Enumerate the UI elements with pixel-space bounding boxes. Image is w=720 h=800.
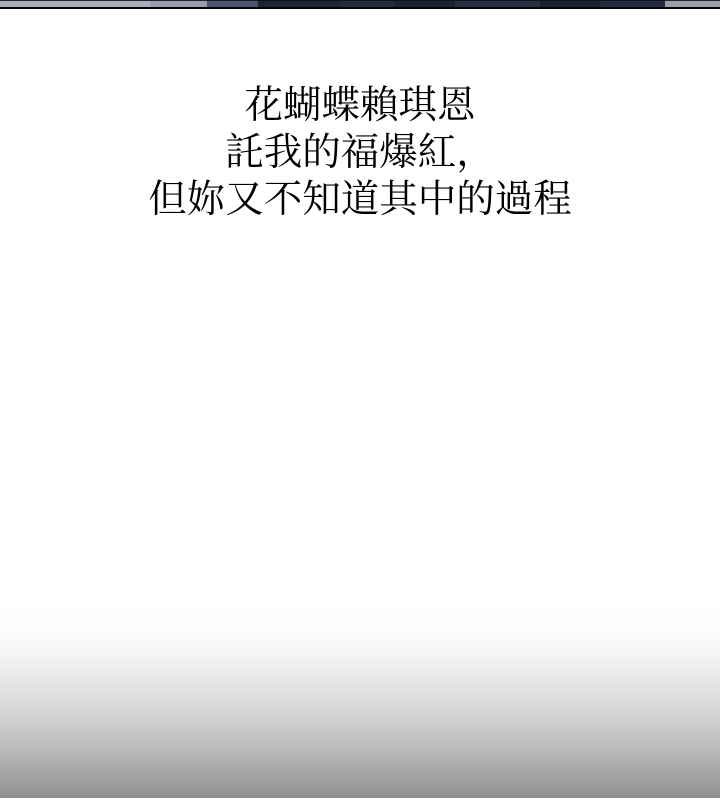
panel-edge-segment bbox=[540, 0, 600, 9]
panel-edge-segment bbox=[258, 0, 340, 9]
narration-text-block: 花蝴蝶賴琪恩 託我的福爆紅， 但妳又不知道其中的過程 bbox=[0, 82, 720, 223]
webtoon-page: 花蝴蝶賴琪恩 託我的福爆紅， 但妳又不知道其中的過程 bbox=[0, 0, 720, 800]
panel-edge-segment bbox=[600, 0, 665, 9]
narration-line: 託我的福爆紅， bbox=[0, 129, 720, 176]
narration-line: 花蝴蝶賴琪恩 bbox=[0, 82, 720, 129]
panel-edge-segment bbox=[150, 0, 207, 9]
panel-edge-segment bbox=[0, 0, 150, 9]
narration-line: 但妳又不知道其中的過程 bbox=[0, 176, 720, 223]
panel-edge-segment bbox=[455, 0, 540, 9]
panel-edge-segment bbox=[395, 0, 455, 9]
previous-panel-edge-strip bbox=[0, 0, 720, 9]
panel-fade-gradient bbox=[0, 600, 720, 798]
panel-edge-segment bbox=[207, 0, 258, 9]
panel-edge-segment bbox=[340, 0, 395, 9]
panel-edge-segment bbox=[665, 0, 720, 9]
